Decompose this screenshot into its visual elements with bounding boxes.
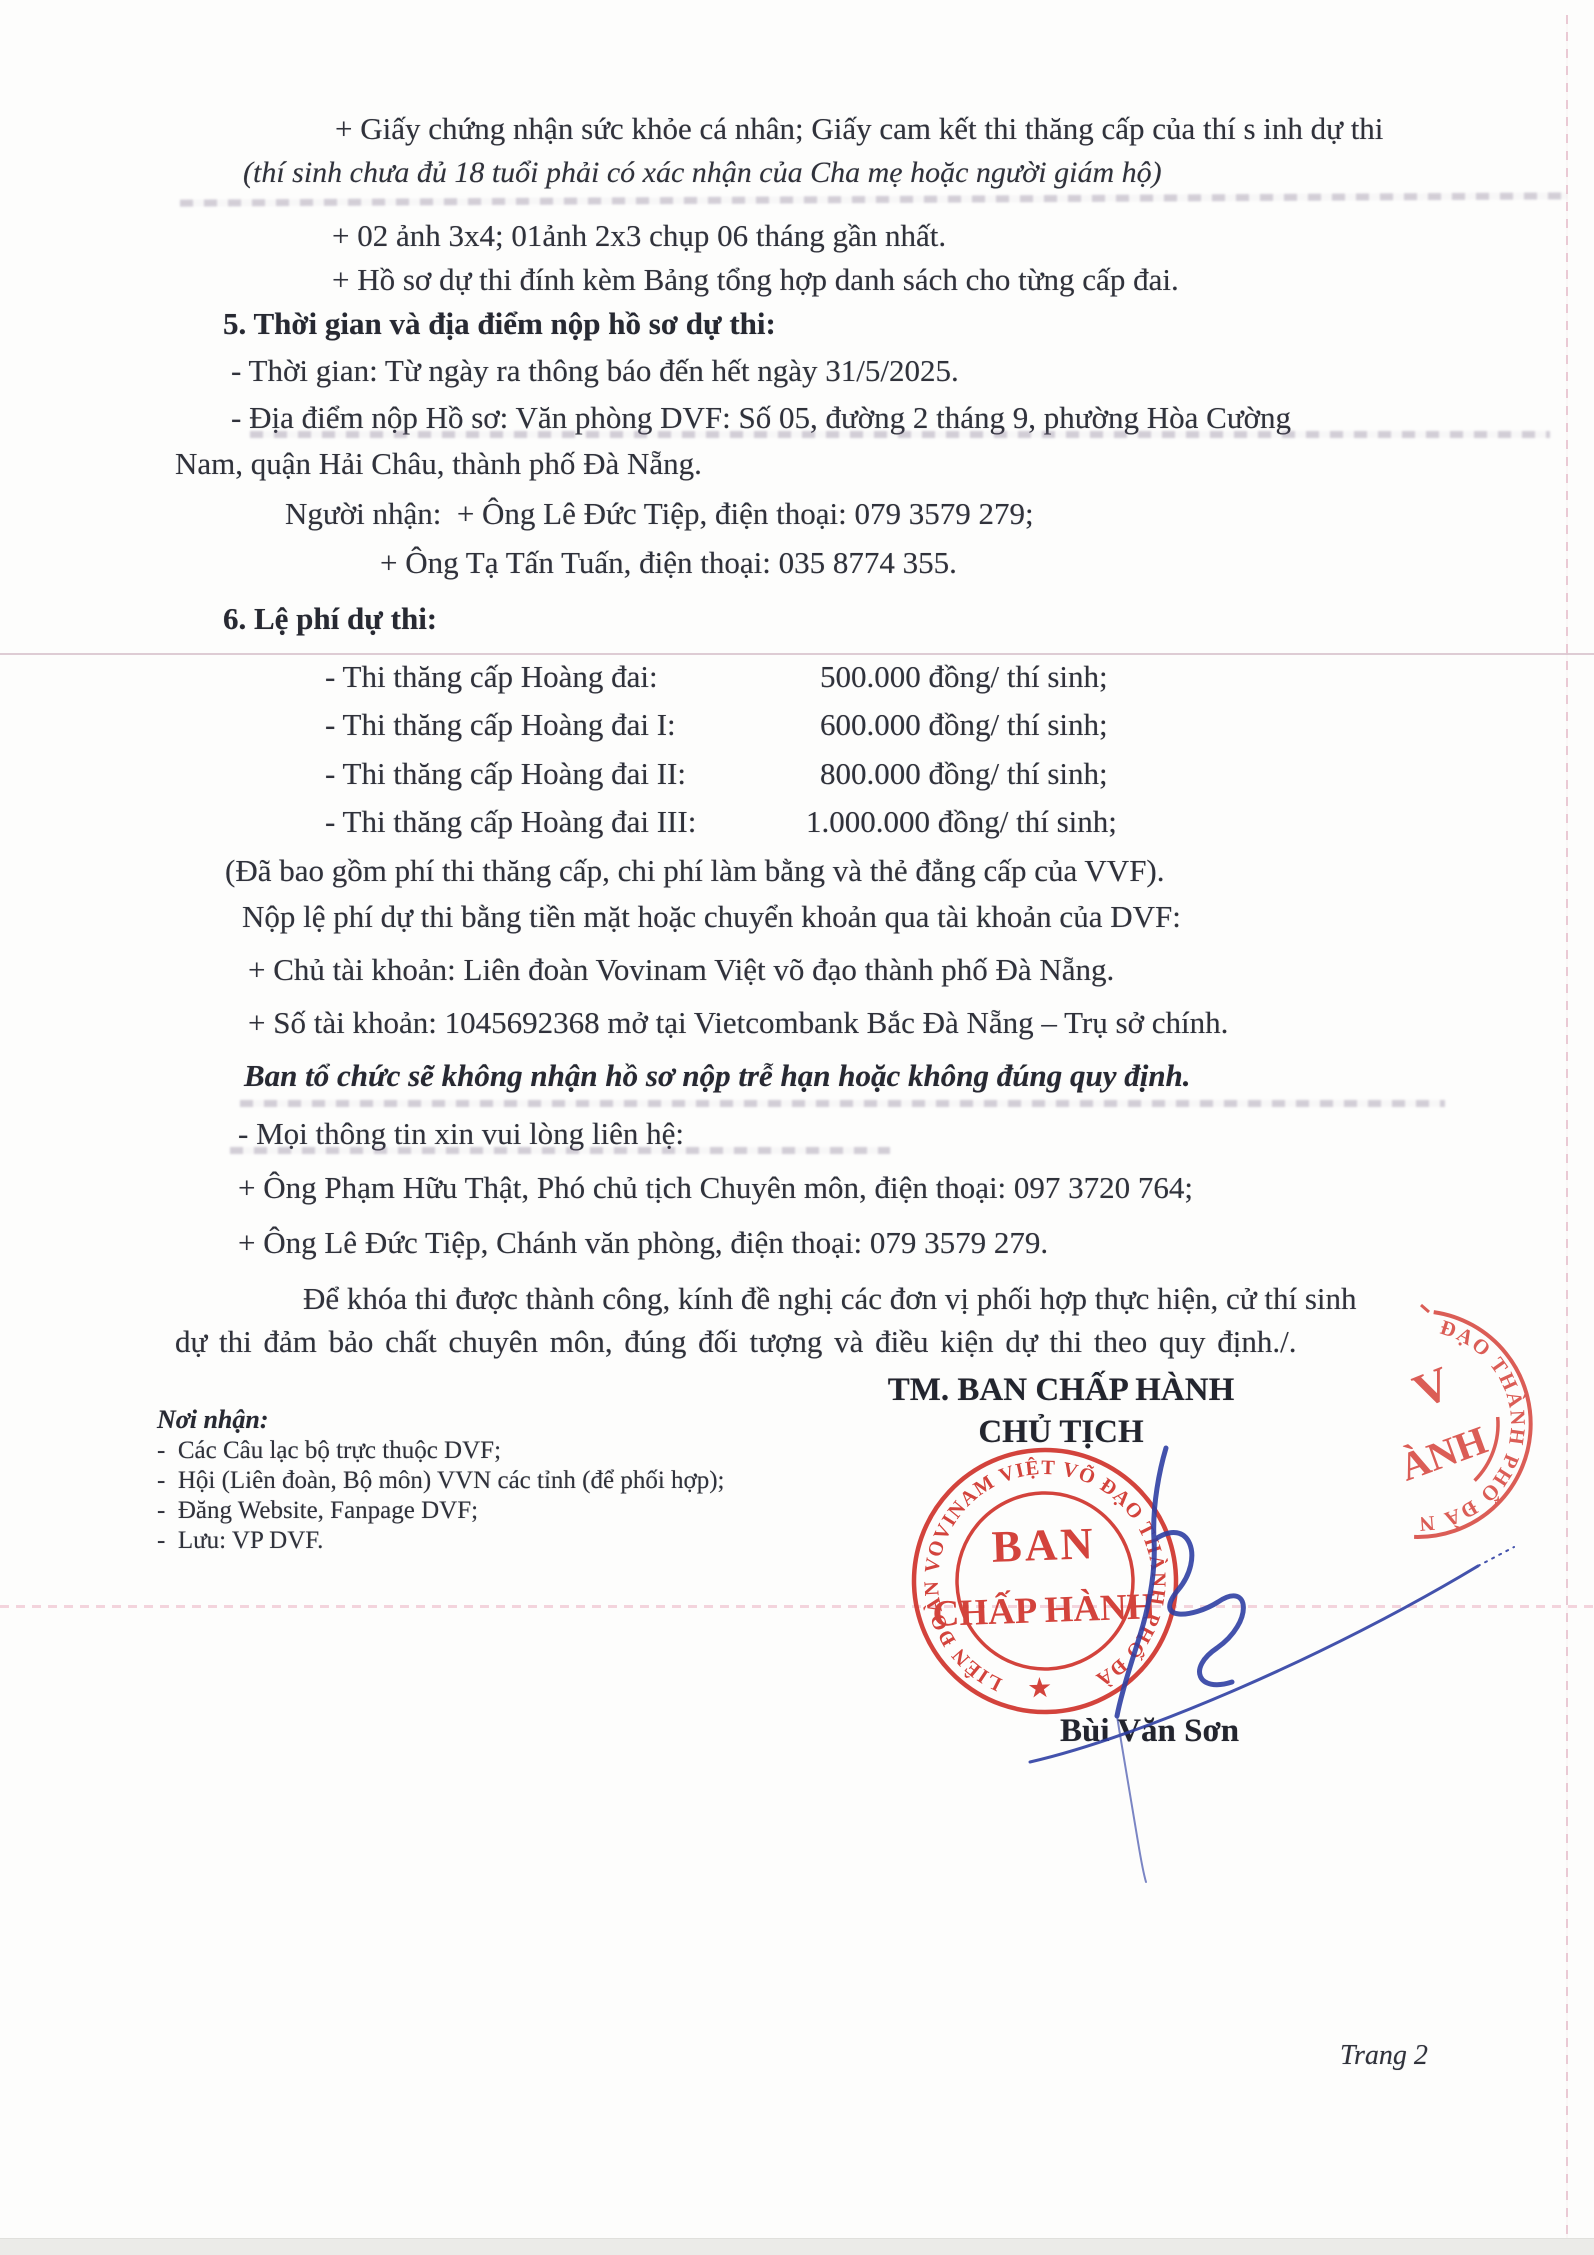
scan-ghost-line [180, 192, 1568, 206]
signoff-title: CHỦ TỊCH [978, 1414, 1143, 1451]
stamp-center-text-2: CHẤP HÀNH [932, 1584, 1157, 1635]
signature-loops [1154, 1533, 1243, 1685]
section5-title: 5. Thời gian và địa điểm nộp hồ sơ dự th… [223, 307, 776, 342]
scan-ghost-line [230, 1147, 890, 1154]
scan-edge-line [1566, 15, 1568, 2245]
fee-row-label: - Thi thăng cấp Hoàng đai II: [325, 757, 686, 792]
fee-row-label: - Thi thăng cấp Hoàng đai: [325, 660, 658, 695]
line-receiver-1: Người nhận: + Ông Lê Đức Tiệp, điện thoạ… [285, 497, 1034, 532]
line-health-certificate: + Giấy chứng nhận sức khỏe cá nhân; Giấy… [335, 112, 1383, 147]
signature-flourish-tail [1478, 1547, 1514, 1566]
line-photos: + 02 ảnh 3x4; 01ảnh 2x3 chụp 06 tháng gầ… [332, 219, 946, 254]
line-fee-note: (Đã bao gồm phí thi thăng cấp, chi phí l… [225, 854, 1165, 889]
ghost-stamp-letter: V [1406, 1356, 1458, 1418]
section6-title: 6. Lệ phí dự thi: [223, 602, 437, 637]
line-payment-intro: Nộp lệ phí dự thi bằng tiền mặt hoặc chu… [242, 900, 1181, 935]
line-address-2: Nam, quận Hải Châu, thành phố Đà Nẵng. [175, 447, 702, 482]
stamp-star-icon: ★ [1027, 1673, 1053, 1705]
line-warning: Ban tổ chức sẽ không nhận hồ sơ nộp trễ … [244, 1059, 1191, 1094]
fee-row-value: 800.000 đồng/ thí sinh; [820, 757, 1108, 792]
fee-row-value: 600.000 đồng/ thí sinh; [820, 708, 1108, 743]
ghost-stamp-letters: ÀNH [1394, 1417, 1493, 1490]
stamp-center-text-1: BAN [991, 1518, 1097, 1572]
line-account-number: + Số tài khoản: 1045692368 mở tại Vietco… [248, 1006, 1228, 1041]
recipients-title: Nơi nhận: [157, 1405, 269, 1434]
fee-row-label: - Thi thăng cấp Hoàng đai III: [325, 805, 696, 840]
scan-ghost-line [250, 431, 1550, 438]
signoff-authority: TM. BAN CHẤP HÀNH [888, 1372, 1235, 1409]
line-receiver-2: + Ông Tạ Tấn Tuấn, điện thoại: 035 8774 … [380, 546, 957, 581]
stamp-outer-ring [910, 1446, 1181, 1717]
line-account-holder: + Chủ tài khoản: Liên đoàn Vovinam Việt … [248, 953, 1114, 988]
scan-ghost-line [240, 1100, 1445, 1107]
line-closing-1: Để khóa thi được thành công, kính đề ngh… [303, 1282, 1357, 1317]
signature [1030, 1448, 1514, 1882]
line-contact-2: + Ông Lê Đức Tiệp, Chánh văn phòng, điện… [238, 1226, 1048, 1261]
recipient-item: - Lưu: VP DVF. [157, 1527, 323, 1555]
stamp-inner-ring [954, 1490, 1136, 1672]
scan-artifact-line [0, 1605, 1594, 1608]
recipient-item: - Hội (Liên đoàn, Bộ môn) VVN các tỉnh (… [157, 1467, 725, 1495]
ghost-stamp-arc [1414, 1312, 1531, 1537]
recipient-item: - Các Câu lạc bộ trực thuộc DVF; [157, 1437, 501, 1465]
signature-main-stroke [1117, 1448, 1166, 1716]
line-under18-note: (thí sinh chưa đủ 18 tuổi phải có xác nh… [243, 156, 1162, 190]
ghost-stamp-mark [1421, 1305, 1429, 1312]
scan-artifact-line [0, 653, 1594, 655]
line-dossier-attachment: + Hồ sơ dự thi đính kèm Bảng tổng hợp da… [332, 263, 1179, 298]
recipient-item: - Đăng Website, Fanpage DVF; [157, 1497, 478, 1525]
fee-row-value: 1.000.000 đồng/ thí sinh; [806, 805, 1117, 840]
fee-row-label: - Thi thăng cấp Hoàng đai I: [325, 708, 676, 743]
line-contact-1: + Ông Phạm Hữu Thật, Phó chủ tịch Chuyên… [238, 1171, 1193, 1206]
line-deadline: - Thời gian: Từ ngày ra thông báo đến hế… [231, 354, 959, 389]
ghost-stamp-inner-arc [1475, 1417, 1498, 1481]
fee-row-value: 500.000 đồng/ thí sinh; [820, 660, 1108, 695]
line-closing-2: dự thi đảm bảo chất chuyên môn, đúng đối… [175, 1325, 1296, 1360]
signer-name: Bùi Văn Sơn [1060, 1713, 1239, 1750]
scanned-document-page: + Giấy chứng nhận sức khỏe cá nhân; Giấy… [0, 0, 1594, 2255]
scan-bottom-edge [0, 2238, 1594, 2255]
page-number: Trang 2 [1340, 2040, 1428, 2071]
